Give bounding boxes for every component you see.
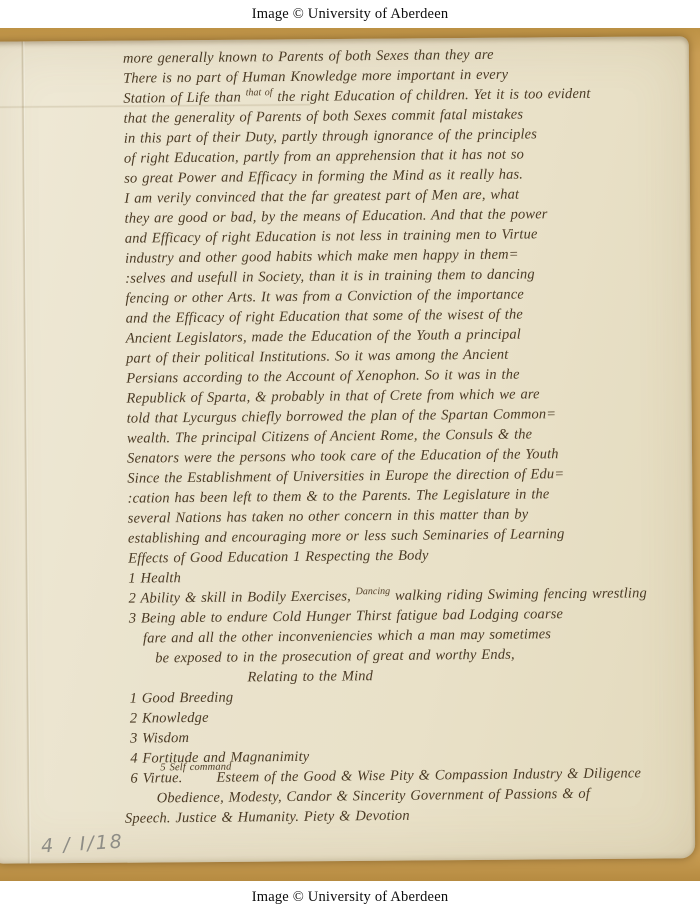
manuscript-text-segment: wealth. The principal Citizens of Ancien… (127, 426, 532, 446)
manuscript-text-segment: establishing and encouraging more or les… (128, 526, 565, 547)
manuscript-page: more generally known to Parents of both … (0, 36, 695, 863)
manuscript-photo: more generally known to Parents of both … (0, 28, 700, 881)
manuscript-text-segment: several Nations has taken no other conce… (128, 506, 529, 526)
manuscript-text-segment: that the generality of Parents of both S… (123, 107, 523, 127)
manuscript-text: more generally known to Parents of both … (123, 43, 691, 829)
manuscript-text-segment: 1 Health (128, 570, 181, 587)
bottom-caption: Image © University of Aberdeen (0, 886, 700, 910)
manuscript-text-segment: 1 Good Breeding (130, 690, 234, 707)
manuscript-text-segment: 3 Wisdom (130, 730, 189, 747)
manuscript-text-segment: the right Education of children. Yet it … (272, 86, 590, 105)
manuscript-text-segment: and Efficacy of right Education is not l… (125, 226, 538, 246)
bottom-caption-text: Image © University of Aberdeen (252, 889, 449, 905)
manuscript-text-segment: Esteem of the Good & Wise Pity & Compass… (216, 765, 641, 785)
top-caption: Image © University of Aberdeen (0, 3, 700, 28)
manuscript-text-segment: :selves and usefull in Society, than it … (125, 266, 535, 286)
paper-crease-vertical (21, 41, 31, 863)
manuscript-text-segment: Relating to the Mind (247, 668, 373, 685)
manuscript-text-segment: Ancient Legislators, made the Education … (126, 327, 521, 347)
manuscript-text-segment: Speech. Justice & Humanity. Piety & Devo… (125, 808, 410, 827)
manuscript-text-segment: so great Power and Efficacy in forming t… (124, 167, 523, 187)
manuscript-text-segment: fare and all the other inconveniencies w… (143, 626, 551, 646)
top-caption-text: Image © University of Aberdeen (252, 6, 449, 22)
manuscript-text-segment: :cation has been left to them & to the P… (127, 486, 549, 506)
manuscript-text-segment: Effects of Good Education 1 Respecting t… (128, 548, 429, 567)
manuscript-text-segment: be exposed to in the prosecution of grea… (155, 647, 515, 667)
manuscript-text-segment: 5 Self command (160, 762, 231, 774)
manuscript-text-segment: part of their political Institutions. So… (126, 347, 509, 367)
manuscript-text-segment: and the Efficacy of right Education that… (126, 307, 523, 327)
manuscript-text-segment: There is no part of Human Knowledge more… (123, 67, 508, 87)
page: Image © University of Aberdeen more gene… (0, 0, 700, 910)
manuscript-text-segment: Station of Life than (123, 89, 246, 106)
manuscript-text-segment: they are good or bad, by the means of Ed… (125, 206, 548, 226)
manuscript-text-segment: industry and other good habits which mak… (125, 247, 519, 267)
manuscript-text-segment: Senators were the persons who took care … (127, 446, 559, 467)
shelfmark-annotation: 4 / I/18 (40, 831, 124, 858)
manuscript-text-segment: told that Lycurgus chiefly borrowed the … (127, 406, 557, 426)
manuscript-text-segment: walking riding Swiming fencing wrestling (390, 585, 647, 604)
manuscript-text-segment: Since the Establishment of Universities … (127, 466, 564, 487)
inserted-text: that of (246, 87, 273, 98)
manuscript-text-segment: Obedience, Modesty, Candor & Sincerity G… (157, 786, 590, 807)
manuscript-text-segment: Republick of Sparta, & probably in that … (126, 386, 539, 406)
manuscript-text-segment: in this part of their Duty, partly throu… (124, 126, 537, 146)
manuscript-text-segment: Persians according to the Account of Xen… (126, 367, 520, 387)
manuscript-text-segment: 2 Ability & skill in Bodily Exercises, (129, 588, 356, 606)
manuscript-text-segment: I am verily convinced that the far great… (124, 187, 519, 207)
inserted-text: Dancing (356, 586, 391, 597)
manuscript-text-segment: of right Education, partly from an appre… (124, 147, 524, 167)
manuscript-text-segment: 3 Being able to endure Cold Hunger Thirs… (129, 606, 563, 627)
manuscript-text-segment: fencing or other Arts. It was from a Con… (125, 287, 524, 307)
manuscript-text-segment: 2 Knowledge (130, 710, 209, 727)
manuscript-text-segment: more generally known to Parents of both … (123, 47, 494, 67)
